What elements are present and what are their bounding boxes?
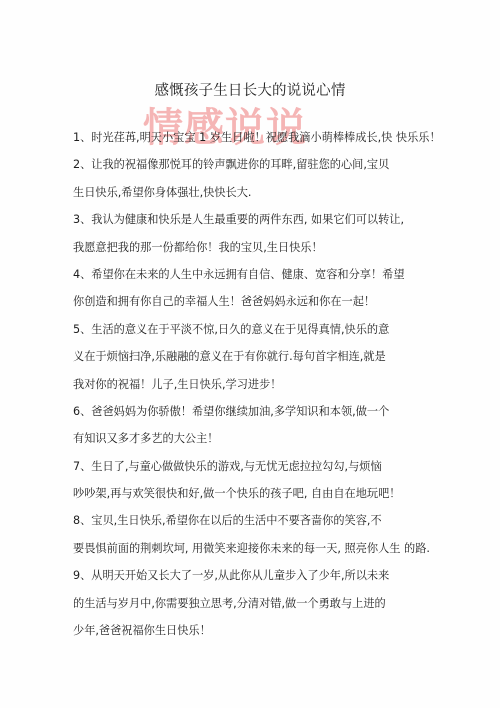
text-line: 6、爸爸妈妈为你骄傲！希望你继续加油,多学知识和本领,做一个: [73, 398, 473, 425]
text-line: 吵吵架,再与欢笑很快和好,做一个快乐的孩子吧, 自由自在地玩吧！: [73, 480, 473, 507]
text-line: 的生活与岁月中,你需要独立思考,分清对错,做一个勇敢与上进的: [73, 590, 473, 617]
page-title: 感慨孩子生日长大的说说心情: [0, 79, 500, 100]
text-line: 9、从明天开始又长大了一岁,从此你从儿童步入了少年,所以未来: [73, 562, 473, 589]
text-line: 生日快乐,希望你身体强壮,快快长大.: [73, 179, 473, 206]
text-line: 有知识又多才多艺的大公主！: [73, 425, 473, 452]
document-page: 感慨孩子生日长大的说说心情 情感说说 1、时光荏苒,明天小宝宝 1 岁生日啦！祝…: [0, 0, 500, 708]
text-line: 我愿意把我的那一份都给你！我的宝贝,生日快乐！: [73, 234, 473, 261]
text-line: 要畏惧前面的荆刺坎坷, 用微笑来迎接你未来的每一天, 照亮你人生 的路.: [73, 535, 473, 562]
text-line: 义在于烦恼扫净,乐融融的意义在于有你就行.每句首字相连,就是: [73, 343, 473, 370]
text-line: 你创造和拥有你自己的幸福人生！爸爸妈妈永远和你在一起！: [73, 288, 473, 315]
text-line: 2、让我的祝福像那悦耳的铃声飘进你的耳畔,留驻您的心间,宝贝: [73, 151, 473, 178]
text-line: 5、生活的意义在于平淡不惊,日久的意义在于见得真情,快乐的意: [73, 316, 473, 343]
text-line: 8、宝贝,生日快乐,希望你在以后的生活中不要吝啬你的笑容,不: [73, 507, 473, 534]
document-body: 1、时光荏苒,明天小宝宝 1 岁生日啦！祝愿我滴小萌棒棒成长,快 快乐乐！ 2、…: [73, 124, 473, 644]
text-line: 1、时光荏苒,明天小宝宝 1 岁生日啦！祝愿我滴小萌棒棒成长,快 快乐乐！: [73, 124, 473, 151]
text-line: 少年,爸爸祝福你生日快乐！: [73, 617, 473, 644]
text-line: 3、我认为健康和快乐是人生最重要的两件东西, 如果它们可以转让,: [73, 206, 473, 233]
text-line: 我对你的祝福！儿子,生日快乐,学习进步！: [73, 371, 473, 398]
text-line: 4、希望你在未来的人生中永远拥有自信、健康、宽容和分享！希望: [73, 261, 473, 288]
text-line: 7、生日了,与童心做做快乐的游戏,与无忧无虑拉拉勾勾,与烦恼: [73, 453, 473, 480]
